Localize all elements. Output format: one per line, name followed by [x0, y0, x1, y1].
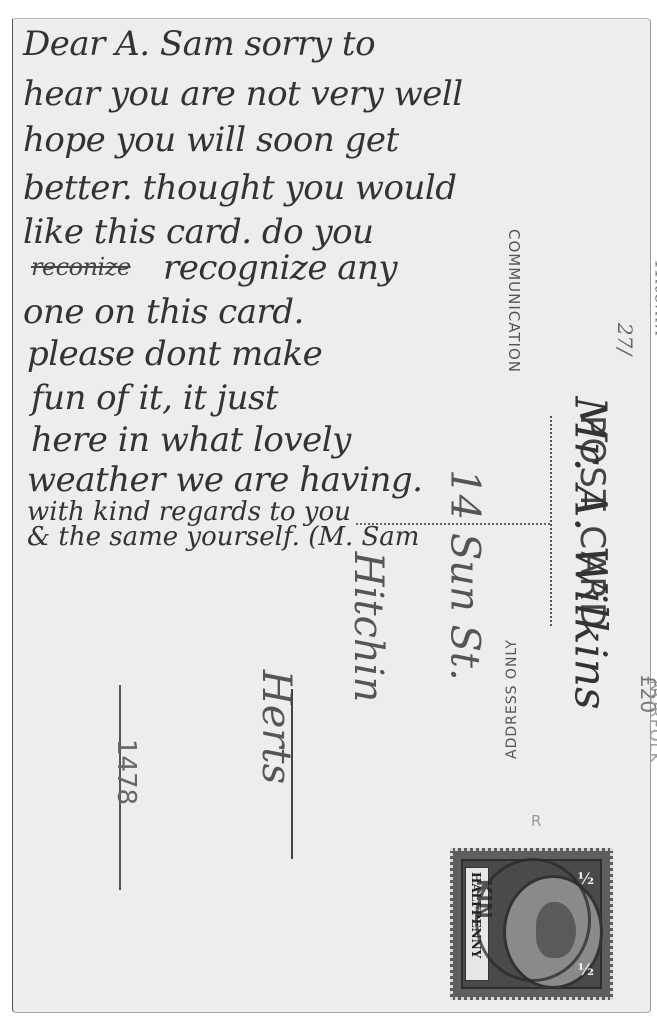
divider-vertical	[550, 416, 552, 626]
address-name: Mr. A. Wilkins	[568, 396, 612, 709]
side-note-line: Hitchin	[653, 261, 657, 336]
side-note-line: 27/	[615, 323, 635, 355]
address-only-label: ADDRESS ONLY	[505, 639, 519, 759]
postmark-text: KIN	[472, 879, 496, 919]
message-line: recognize any	[163, 251, 397, 285]
message-line: one on this card.	[23, 295, 304, 329]
message-line: please dont make	[27, 337, 322, 371]
ref-note: R	[531, 814, 541, 829]
catalog-number: 1478	[113, 739, 139, 805]
message-line: better. thought you would	[23, 171, 457, 205]
message-line: hear you are not very well	[23, 77, 463, 111]
message-line: & the same yourself. (M. Sam	[27, 524, 419, 550]
stamp-value-bottom: ½	[577, 960, 594, 979]
message-line: hope you will soon get	[23, 123, 399, 157]
message-line: like this card. do you	[23, 215, 374, 249]
address-town: Hitchin	[348, 552, 388, 702]
postmark-circle: KIN	[475, 858, 591, 982]
communication-label: COMMUNICATION	[506, 229, 521, 373]
place-note: NORFOLK	[647, 680, 657, 764]
message-line: Dear A. Sam sorry to	[23, 27, 375, 61]
message-line: here in what lovely	[31, 423, 351, 457]
address-underline	[291, 689, 293, 859]
struck-word: reconize	[31, 255, 131, 279]
address-street: 14 Sun St.	[445, 469, 485, 680]
message-line: fun of it, it just	[31, 381, 278, 415]
message-line: weather we are having.	[27, 463, 422, 497]
